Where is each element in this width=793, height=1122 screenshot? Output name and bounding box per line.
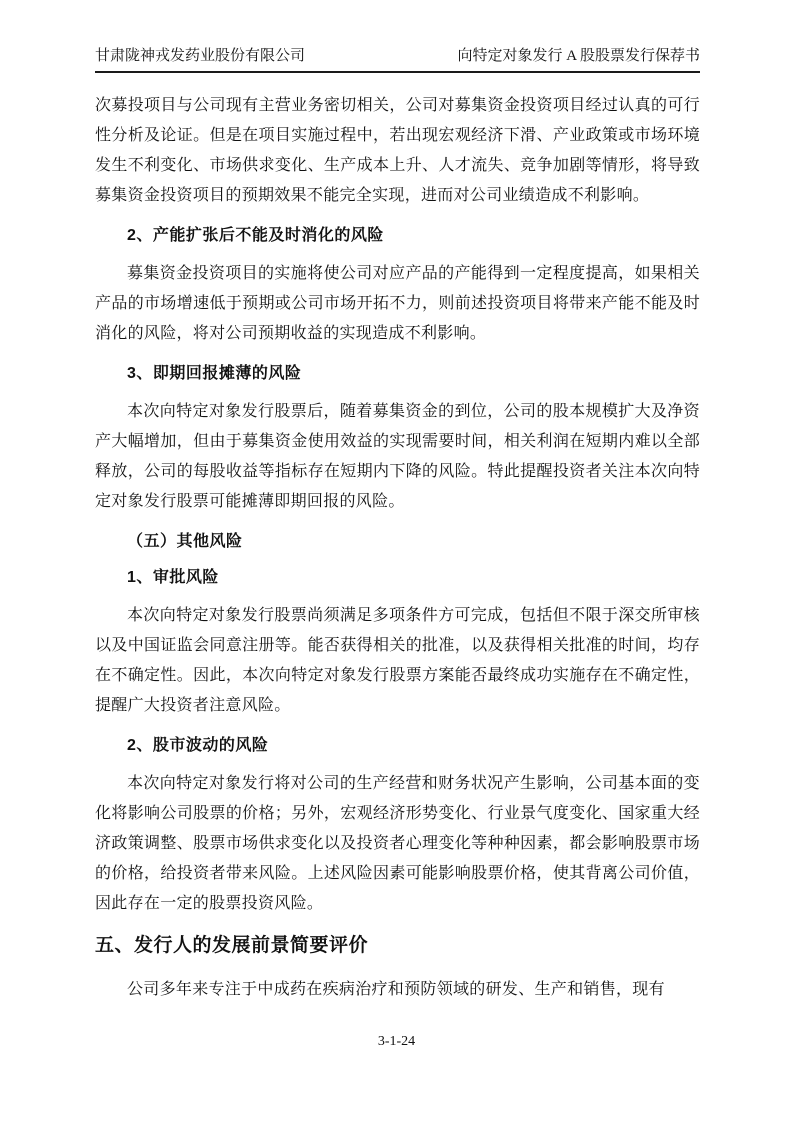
subsection-heading-other-risks: （五）其他风险 (127, 531, 700, 553)
paragraph: 本次向特定对象发行股票后，随着募集资金的到位，公司的股本规模扩大及净资产大幅增加… (95, 397, 700, 517)
paragraph: 公司多年来专注于中成药在疾病治疗和预防领域的研发、生产和销售，现有 (95, 975, 700, 1005)
subsection-heading-approval-risk: 1、审批风险 (127, 567, 700, 589)
subsection-heading-dilution-risk: 3、即期回报摊薄的风险 (127, 363, 700, 385)
paragraph: 本次向特定对象发行将对公司的生产经营和财务状况产生影响，公司基本面的变化将影响公… (95, 769, 700, 919)
subsection-heading-stock-volatility-risk: 2、股市波动的风险 (127, 735, 700, 757)
subsection-heading-capacity-risk: 2、产能扩张后不能及时消化的风险 (127, 225, 700, 247)
section-heading-development-outlook: 五、发行人的发展前景简要评价 (95, 933, 700, 959)
document-body: 次募投项目与公司现有主营业务密切相关，公司对募集资金投资项目经过认真的可行性分析… (95, 91, 700, 1005)
header-document-title: 向特定对象发行 A 股股票发行保荐书 (457, 46, 700, 66)
paragraph: 本次向特定对象发行股票尚须满足多项条件方可完成，包括但不限于深交所审核以及中国证… (95, 601, 700, 721)
paragraph-continued: 次募投项目与公司现有主营业务密切相关，公司对募集资金投资项目经过认真的可行性分析… (95, 91, 700, 211)
page-number: 3-1-24 (0, 1034, 793, 1050)
document-page: 甘肃陇神戎发药业股份有限公司 向特定对象发行 A 股股票发行保荐书 次募投项目与… (0, 0, 793, 1122)
paragraph: 募集资金投资项目的实施将使公司对应产品的产能得到一定程度提高，如果相关产品的市场… (95, 259, 700, 349)
page-header: 甘肃陇神戎发药业股份有限公司 向特定对象发行 A 股股票发行保荐书 (95, 46, 700, 73)
header-company-name: 甘肃陇神戎发药业股份有限公司 (95, 46, 305, 66)
